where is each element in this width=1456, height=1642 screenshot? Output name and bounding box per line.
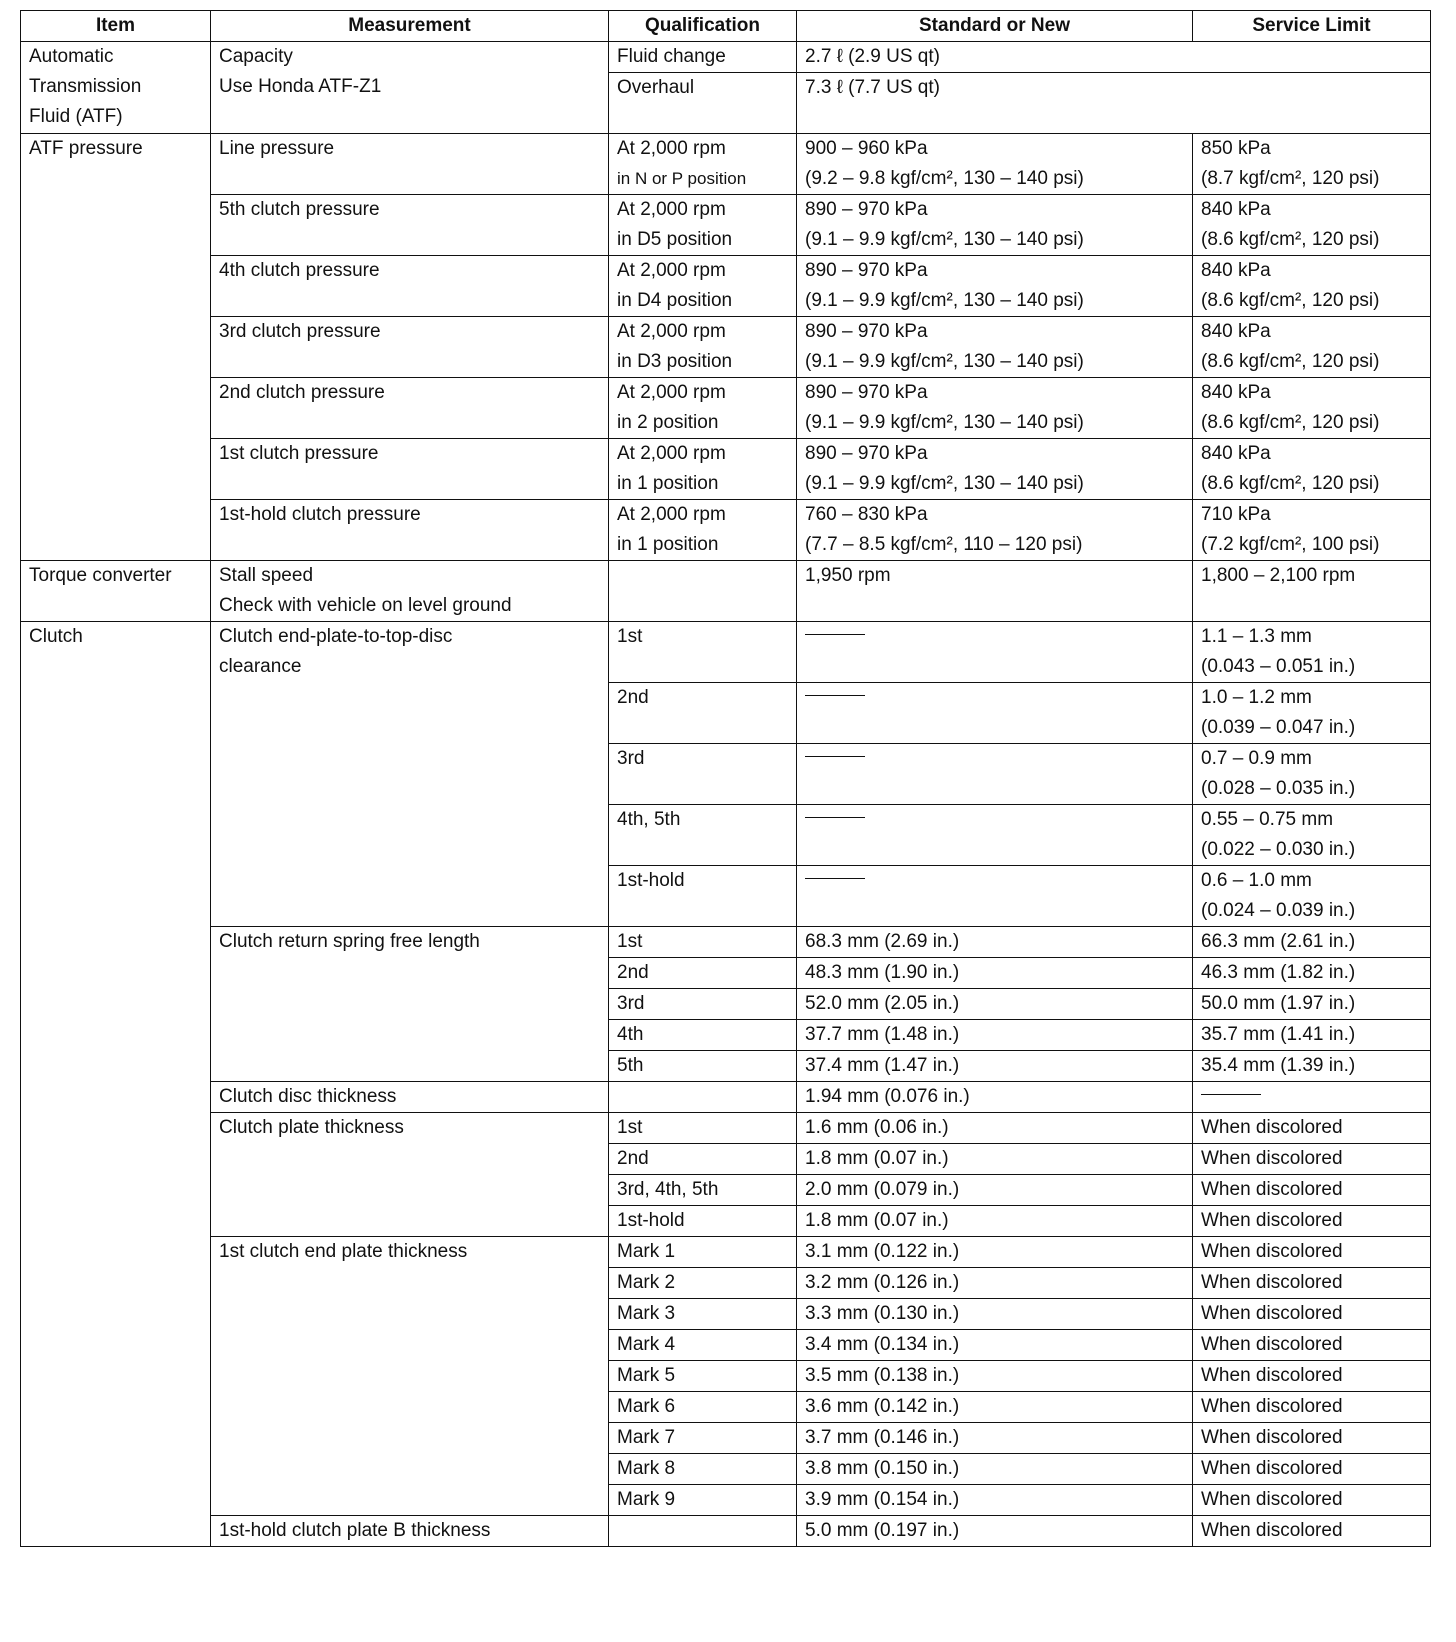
service-limit-cell: When discolored: [1193, 1392, 1431, 1423]
standard-value-text: 5.0 mm (0.197 in.): [805, 1516, 1184, 1546]
service-limit-text: (0.024 – 0.039 in.): [1201, 896, 1422, 926]
qualification-cell: Overhaul: [609, 73, 797, 134]
service-limit-cell: 850 kPa(8.7 kgf/cm², 120 psi): [1193, 134, 1431, 195]
qualification-text: Overhaul: [617, 73, 788, 103]
standard-value-text: (9.1 – 9.9 kgf/cm², 130 – 140 psi): [805, 347, 1184, 377]
qualification-text: 3rd: [617, 989, 788, 1019]
standard-value-text: 890 – 970 kPa: [805, 317, 1184, 347]
measurement-cell: Clutch return spring free length: [211, 927, 609, 1082]
standard-value-text: 1.8 mm (0.07 in.): [805, 1206, 1184, 1236]
qualification-cell: Mark 2: [609, 1268, 797, 1299]
service-limit-cell: 46.3 mm (1.82 in.): [1193, 958, 1431, 989]
qualification-cell: At 2,000 rpmin 1 position: [609, 500, 797, 561]
qualification-text: At 2,000 rpm: [617, 439, 788, 469]
not-applicable-dash: [805, 695, 865, 696]
service-limit-cell: 1.0 – 1.2 mm(0.039 – 0.047 in.): [1193, 683, 1431, 744]
service-limit-text: When discolored: [1201, 1237, 1422, 1267]
table-row: ATF pressureLine pressureAt 2,000 rpmin …: [21, 134, 1431, 195]
qualification-text: Mark 3: [617, 1299, 788, 1329]
qualification-cell: 2nd: [609, 683, 797, 744]
table-row: 1st-hold clutch pressureAt 2,000 rpmin 1…: [21, 500, 1431, 561]
qualification-text: At 2,000 rpm: [617, 134, 788, 164]
service-limit-text: 35.7 mm (1.41 in.): [1201, 1020, 1422, 1050]
service-limit-cell: When discolored: [1193, 1516, 1431, 1547]
qualification-cell: 5th: [609, 1051, 797, 1082]
service-limit-cell: When discolored: [1193, 1299, 1431, 1330]
standard-value-cell: 52.0 mm (2.05 in.): [797, 989, 1193, 1020]
service-limit-cell: 840 kPa(8.6 kgf/cm², 120 psi): [1193, 317, 1431, 378]
qualification-text: in D4 position: [617, 286, 788, 316]
qualification-cell: Fluid change: [609, 42, 797, 73]
service-limit-cell: 0.6 – 1.0 mm(0.024 – 0.039 in.): [1193, 866, 1431, 927]
standard-value-text: 3.3 mm (0.130 in.): [805, 1299, 1184, 1329]
standard-value-cell: 37.4 mm (1.47 in.): [797, 1051, 1193, 1082]
service-limit-text: 1,800 – 2,100 rpm: [1201, 561, 1422, 591]
qualification-cell: 1st-hold: [609, 1206, 797, 1237]
table-row: 2nd clutch pressureAt 2,000 rpmin 2 posi…: [21, 378, 1431, 439]
service-limit-cell: 0.55 – 0.75 mm(0.022 – 0.030 in.): [1193, 805, 1431, 866]
qualification-text: Fluid change: [617, 42, 788, 72]
standard-value-text: [805, 103, 1422, 133]
service-limit-cell: 35.4 mm (1.39 in.): [1193, 1051, 1431, 1082]
table-row: Clutch disc thickness1.94 mm (0.076 in.): [21, 1082, 1431, 1113]
qualification-text: in D5 position: [617, 225, 788, 255]
qualification-text: 1st-hold: [617, 866, 788, 896]
standard-value-cell: 1.8 mm (0.07 in.): [797, 1206, 1193, 1237]
qualification-text: At 2,000 rpm: [617, 195, 788, 225]
standard-value-cell: 1.6 mm (0.06 in.): [797, 1113, 1193, 1144]
service-limit-text: 840 kPa: [1201, 378, 1422, 408]
measurement-text: 1st clutch end plate thickness: [219, 1237, 600, 1267]
standard-value-text: (7.7 – 8.5 kgf/cm², 110 – 120 psi): [805, 530, 1184, 560]
measurement-cell: 2nd clutch pressure: [211, 378, 609, 439]
service-limit-text: (8.7 kgf/cm², 120 psi): [1201, 164, 1422, 194]
standard-value-text: 68.3 mm (2.69 in.): [805, 927, 1184, 957]
measurement-cell: 1st-hold clutch plate B thickness: [211, 1516, 609, 1547]
service-limit-text: (8.6 kgf/cm², 120 psi): [1201, 408, 1422, 438]
service-limit-text: 0.6 – 1.0 mm: [1201, 866, 1422, 896]
standard-value-cell: 1,950 rpm: [797, 561, 1193, 622]
not-applicable-dash: [1201, 1094, 1261, 1095]
standard-value-text: 3.8 mm (0.150 in.): [805, 1454, 1184, 1484]
service-limit-text: 50.0 mm (1.97 in.): [1201, 989, 1422, 1019]
qualification-text: At 2,000 rpm: [617, 317, 788, 347]
measurement-text: 1st-hold clutch plate B thickness: [219, 1516, 600, 1546]
standard-value-cell: 3.2 mm (0.126 in.): [797, 1268, 1193, 1299]
qualification-text: Mark 8: [617, 1454, 788, 1484]
service-limit-text: When discolored: [1201, 1144, 1422, 1174]
standard-value-text: 3.1 mm (0.122 in.): [805, 1237, 1184, 1267]
qualification-cell: 2nd: [609, 958, 797, 989]
qualification-cell: At 2,000 rpmin 2 position: [609, 378, 797, 439]
item-text: Fluid (ATF): [29, 102, 202, 132]
service-limit-cell: When discolored: [1193, 1237, 1431, 1268]
standard-value-text: 3.5 mm (0.138 in.): [805, 1361, 1184, 1391]
standard-value-text: 3.4 mm (0.134 in.): [805, 1330, 1184, 1360]
service-limit-text: When discolored: [1201, 1454, 1422, 1484]
qualification-text: Mark 1: [617, 1237, 788, 1267]
standard-value-cell: 900 – 960 kPa(9.2 – 9.8 kgf/cm², 130 – 1…: [797, 134, 1193, 195]
service-limit-text: (8.6 kgf/cm², 120 psi): [1201, 286, 1422, 316]
qualification-cell: [609, 1516, 797, 1547]
service-limit-text: When discolored: [1201, 1516, 1422, 1546]
measurement-text: clearance: [219, 652, 600, 682]
table-row: Clutch plate thickness1st1.6 mm (0.06 in…: [21, 1113, 1431, 1144]
qualification-text: in N or P position: [617, 164, 788, 194]
standard-value-cell: 3.1 mm (0.122 in.): [797, 1237, 1193, 1268]
standard-value-text: (9.1 – 9.9 kgf/cm², 130 – 140 psi): [805, 225, 1184, 255]
qualification-cell: 2nd: [609, 1144, 797, 1175]
measurement-cell: 5th clutch pressure: [211, 195, 609, 256]
standard-value-text: 890 – 970 kPa: [805, 378, 1184, 408]
standard-value-text: (9.2 – 9.8 kgf/cm², 130 – 140 psi): [805, 164, 1184, 194]
standard-value-text: 3.7 mm (0.146 in.): [805, 1423, 1184, 1453]
service-limit-text: When discolored: [1201, 1175, 1422, 1205]
measurement-cell: 1st clutch pressure: [211, 439, 609, 500]
measurement-text: 2nd clutch pressure: [219, 378, 600, 408]
qualification-text: At 2,000 rpm: [617, 256, 788, 286]
measurement-text: Use Honda ATF-Z1: [219, 72, 600, 102]
standard-value-cell: 48.3 mm (1.90 in.): [797, 958, 1193, 989]
standard-value-cell: 890 – 970 kPa(9.1 – 9.9 kgf/cm², 130 – 1…: [797, 195, 1193, 256]
measurement-text: Check with vehicle on level ground: [219, 591, 600, 621]
qualification-cell: Mark 5: [609, 1361, 797, 1392]
service-limit-cell: When discolored: [1193, 1113, 1431, 1144]
standard-value-text: 37.7 mm (1.48 in.): [805, 1020, 1184, 1050]
service-limit-text: 840 kPa: [1201, 317, 1422, 347]
measurement-cell: Stall speedCheck with vehicle on level g…: [211, 561, 609, 622]
service-limit-text: When discolored: [1201, 1361, 1422, 1391]
standard-value-cell: 5.0 mm (0.197 in.): [797, 1516, 1193, 1547]
qualification-cell: [609, 1082, 797, 1113]
standard-value-cell: [797, 744, 1193, 805]
standard-value-text: 900 – 960 kPa: [805, 134, 1184, 164]
measurement-cell: CapacityUse Honda ATF-Z1: [211, 42, 609, 134]
measurement-text: 3rd clutch pressure: [219, 317, 600, 347]
qualification-cell: Mark 7: [609, 1423, 797, 1454]
standard-value-cell: 890 – 970 kPa(9.1 – 9.9 kgf/cm², 130 – 1…: [797, 439, 1193, 500]
standard-value-cell: [797, 622, 1193, 683]
table-row: 3rd clutch pressureAt 2,000 rpmin D3 pos…: [21, 317, 1431, 378]
service-limit-text: (8.6 kgf/cm², 120 psi): [1201, 347, 1422, 377]
qualification-text: Mark 9: [617, 1485, 788, 1515]
standard-value-cell: 68.3 mm (2.69 in.): [797, 927, 1193, 958]
service-limit-text: 0.55 – 0.75 mm: [1201, 805, 1422, 835]
table-row: 4th clutch pressureAt 2,000 rpmin D4 pos…: [21, 256, 1431, 317]
header-item: Item: [21, 11, 211, 42]
table-header-row: Item Measurement Qualification Standard …: [21, 11, 1431, 42]
service-limit-text: When discolored: [1201, 1392, 1422, 1422]
qualification-cell: Mark 4: [609, 1330, 797, 1361]
item-text: Automatic: [29, 42, 202, 72]
table-row: 1st clutch pressureAt 2,000 rpmin 1 posi…: [21, 439, 1431, 500]
standard-value-text: 1,950 rpm: [805, 561, 1184, 591]
qualification-text: 1st: [617, 622, 788, 652]
standard-value-text: 890 – 970 kPa: [805, 439, 1184, 469]
standard-value-text: 2.7 ℓ (2.9 US qt): [805, 42, 1422, 72]
measurement-cell: Line pressure: [211, 134, 609, 195]
standard-value-text: 1.8 mm (0.07 in.): [805, 1144, 1184, 1174]
item-text: Torque converter: [29, 561, 202, 591]
specifications-table: Item Measurement Qualification Standard …: [20, 10, 1431, 1547]
service-limit-cell: 710 kPa(7.2 kgf/cm², 100 psi): [1193, 500, 1431, 561]
qualification-cell: 1st: [609, 622, 797, 683]
item-text: Clutch: [29, 622, 202, 652]
service-limit-cell: When discolored: [1193, 1268, 1431, 1299]
qualification-cell: At 2,000 rpmin N or P position: [609, 134, 797, 195]
qualification-cell: At 2,000 rpmin D3 position: [609, 317, 797, 378]
measurement-cell: 3rd clutch pressure: [211, 317, 609, 378]
standard-value-cell: 2.7 ℓ (2.9 US qt): [797, 42, 1431, 73]
item-text: Transmission: [29, 72, 202, 102]
service-limit-cell: 840 kPa(8.6 kgf/cm², 120 psi): [1193, 256, 1431, 317]
qualification-cell: 1st: [609, 1113, 797, 1144]
standard-value-cell: 3.7 mm (0.146 in.): [797, 1423, 1193, 1454]
service-limit-text: When discolored: [1201, 1423, 1422, 1453]
qualification-text: in 1 position: [617, 469, 788, 499]
standard-value-text: 1.94 mm (0.076 in.): [805, 1082, 1184, 1112]
measurement-text: Clutch return spring free length: [219, 927, 600, 957]
service-limit-cell: 35.7 mm (1.41 in.): [1193, 1020, 1431, 1051]
measurement-text: Clutch disc thickness: [219, 1082, 600, 1112]
service-limit-cell: When discolored: [1193, 1206, 1431, 1237]
qualification-cell: Mark 9: [609, 1485, 797, 1516]
qualification-cell: 3rd: [609, 744, 797, 805]
qualification-text: 3rd, 4th, 5th: [617, 1175, 788, 1205]
service-limit-text: When discolored: [1201, 1113, 1422, 1143]
qualification-cell: At 2,000 rpmin 1 position: [609, 439, 797, 500]
item-cell: Torque converter: [21, 561, 211, 622]
measurement-text: Capacity: [219, 42, 600, 72]
table-row: AutomaticTransmissionFluid (ATF)Capacity…: [21, 42, 1431, 73]
qualification-text: 1st-hold: [617, 1206, 788, 1236]
service-limit-cell: 840 kPa(8.6 kgf/cm², 120 psi): [1193, 195, 1431, 256]
table-row: 1st clutch end plate thicknessMark 13.1 …: [21, 1237, 1431, 1268]
header-qualification: Qualification: [609, 11, 797, 42]
qualification-cell: Mark 1: [609, 1237, 797, 1268]
standard-value-cell: 37.7 mm (1.48 in.): [797, 1020, 1193, 1051]
measurement-text: 1st clutch pressure: [219, 439, 600, 469]
service-limit-text: 840 kPa: [1201, 439, 1422, 469]
service-limit-text: When discolored: [1201, 1206, 1422, 1236]
service-limit-text: 46.3 mm (1.82 in.): [1201, 958, 1422, 988]
qualification-text: 4th: [617, 1020, 788, 1050]
qualification-text: 5th: [617, 1051, 788, 1081]
measurement-text: Stall speed: [219, 561, 600, 591]
standard-value-cell: 1.94 mm (0.076 in.): [797, 1082, 1193, 1113]
service-limit-cell: 1,800 – 2,100 rpm: [1193, 561, 1431, 622]
service-limit-text: When discolored: [1201, 1268, 1422, 1298]
standard-value-cell: 3.5 mm (0.138 in.): [797, 1361, 1193, 1392]
standard-value-cell: 3.8 mm (0.150 in.): [797, 1454, 1193, 1485]
standard-value-text: 2.0 mm (0.079 in.): [805, 1175, 1184, 1205]
table-row: 1st-hold clutch plate B thickness5.0 mm …: [21, 1516, 1431, 1547]
header-standard-or-new: Standard or New: [797, 11, 1193, 42]
standard-value-text: 52.0 mm (2.05 in.): [805, 989, 1184, 1019]
service-limit-cell: 0.7 – 0.9 mm(0.028 – 0.035 in.): [1193, 744, 1431, 805]
not-applicable-dash: [805, 878, 865, 879]
qualification-cell: [609, 561, 797, 622]
service-limit-text: When discolored: [1201, 1299, 1422, 1329]
measurement-cell: 4th clutch pressure: [211, 256, 609, 317]
standard-value-cell: 3.9 mm (0.154 in.): [797, 1485, 1193, 1516]
qualification-text: 4th, 5th: [617, 805, 788, 835]
standard-value-text: 760 – 830 kPa: [805, 500, 1184, 530]
item-cell: AutomaticTransmissionFluid (ATF): [21, 42, 211, 134]
qualification-cell: Mark 8: [609, 1454, 797, 1485]
qualification-cell: 1st-hold: [609, 866, 797, 927]
measurement-cell: 1st-hold clutch pressure: [211, 500, 609, 561]
service-limit-cell: When discolored: [1193, 1454, 1431, 1485]
standard-value-cell: [797, 805, 1193, 866]
standard-value-text: 48.3 mm (1.90 in.): [805, 958, 1184, 988]
standard-value-cell: 890 – 970 kPa(9.1 – 9.9 kgf/cm², 130 – 1…: [797, 378, 1193, 439]
item-cell: ATF pressure: [21, 134, 211, 561]
standard-value-text: 890 – 970 kPa: [805, 256, 1184, 286]
not-applicable-dash: [805, 634, 865, 635]
standard-value-text: (9.1 – 9.9 kgf/cm², 130 – 140 psi): [805, 469, 1184, 499]
qualification-text: 3rd: [617, 744, 788, 774]
measurement-cell: Clutch plate thickness: [211, 1113, 609, 1237]
standard-value-text: 890 – 970 kPa: [805, 195, 1184, 225]
service-limit-cell: 840 kPa(8.6 kgf/cm², 120 psi): [1193, 439, 1431, 500]
qualification-text: in D3 position: [617, 347, 788, 377]
measurement-cell: Clutch disc thickness: [211, 1082, 609, 1113]
qualification-text: 2nd: [617, 958, 788, 988]
service-limit-text: 1.1 – 1.3 mm: [1201, 622, 1422, 652]
service-limit-cell: When discolored: [1193, 1144, 1431, 1175]
measurement-cell: 1st clutch end plate thickness: [211, 1237, 609, 1516]
service-limit-text: 710 kPa: [1201, 500, 1422, 530]
table-row: Clutch return spring free length1st68.3 …: [21, 927, 1431, 958]
service-limit-text: (7.2 kgf/cm², 100 psi): [1201, 530, 1422, 560]
measurement-cell: Clutch end-plate-to-top-discclearance: [211, 622, 609, 927]
service-limit-text: (0.039 – 0.047 in.): [1201, 713, 1422, 743]
service-limit-text: When discolored: [1201, 1330, 1422, 1360]
service-limit-cell: 840 kPa(8.6 kgf/cm², 120 psi): [1193, 378, 1431, 439]
standard-value-text: 3.9 mm (0.154 in.): [805, 1485, 1184, 1515]
standard-value-cell: 1.8 mm (0.07 in.): [797, 1144, 1193, 1175]
header-measurement: Measurement: [211, 11, 609, 42]
qualification-text: At 2,000 rpm: [617, 500, 788, 530]
service-limit-text: (0.022 – 0.030 in.): [1201, 835, 1422, 865]
service-limit-cell: 50.0 mm (1.97 in.): [1193, 989, 1431, 1020]
qualification-cell: 4th, 5th: [609, 805, 797, 866]
service-limit-text: 1.0 – 1.2 mm: [1201, 683, 1422, 713]
qualification-text: Mark 6: [617, 1392, 788, 1422]
service-limit-text: 840 kPa: [1201, 195, 1422, 225]
service-limit-cell: When discolored: [1193, 1485, 1431, 1516]
standard-value-cell: [797, 683, 1193, 744]
measurement-text: Line pressure: [219, 134, 600, 164]
standard-value-text: 3.2 mm (0.126 in.): [805, 1268, 1184, 1298]
qualification-cell: 1st: [609, 927, 797, 958]
standard-value-cell: 890 – 970 kPa(9.1 – 9.9 kgf/cm², 130 – 1…: [797, 317, 1193, 378]
service-limit-text: 850 kPa: [1201, 134, 1422, 164]
item-text: ATF pressure: [29, 134, 202, 164]
measurement-text: 4th clutch pressure: [219, 256, 600, 286]
standard-value-cell: [797, 866, 1193, 927]
standard-value-cell: 760 – 830 kPa(7.7 – 8.5 kgf/cm², 110 – 1…: [797, 500, 1193, 561]
service-limit-cell: 1.1 – 1.3 mm(0.043 – 0.051 in.): [1193, 622, 1431, 683]
item-cell: Clutch: [21, 622, 211, 1547]
qualification-cell: Mark 6: [609, 1392, 797, 1423]
service-limit-text: (8.6 kgf/cm², 120 psi): [1201, 469, 1422, 499]
service-limit-cell: 66.3 mm (2.61 in.): [1193, 927, 1431, 958]
service-limit-cell: When discolored: [1193, 1175, 1431, 1206]
service-limit-cell: When discolored: [1193, 1423, 1431, 1454]
header-service-limit: Service Limit: [1193, 11, 1431, 42]
measurement-text: Clutch end-plate-to-top-disc: [219, 622, 600, 652]
qualification-cell: At 2,000 rpmin D5 position: [609, 195, 797, 256]
service-limit-text: 0.7 – 0.9 mm: [1201, 744, 1422, 774]
qualification-cell: 3rd, 4th, 5th: [609, 1175, 797, 1206]
qualification-text: in 1 position: [617, 530, 788, 560]
service-limit-text: (0.043 – 0.051 in.): [1201, 652, 1422, 682]
service-limit-text: 35.4 mm (1.39 in.): [1201, 1051, 1422, 1081]
standard-value-text: 1.6 mm (0.06 in.): [805, 1113, 1184, 1143]
standard-value-cell: 2.0 mm (0.079 in.): [797, 1175, 1193, 1206]
qualification-text: Mark 2: [617, 1268, 788, 1298]
service-limit-cell: When discolored: [1193, 1361, 1431, 1392]
measurement-text: Clutch plate thickness: [219, 1113, 600, 1143]
qualification-cell: At 2,000 rpmin D4 position: [609, 256, 797, 317]
standard-value-text: 7.3 ℓ (7.7 US qt): [805, 73, 1422, 103]
standard-value-text: (9.1 – 9.9 kgf/cm², 130 – 140 psi): [805, 286, 1184, 316]
standard-value-text: (9.1 – 9.9 kgf/cm², 130 – 140 psi): [805, 408, 1184, 438]
qualification-text: 1st: [617, 927, 788, 957]
table-row: 5th clutch pressureAt 2,000 rpmin D5 pos…: [21, 195, 1431, 256]
service-limit-text: (0.028 – 0.035 in.): [1201, 774, 1422, 804]
standard-value-text: 37.4 mm (1.47 in.): [805, 1051, 1184, 1081]
qualification-cell: Mark 3: [609, 1299, 797, 1330]
table-body: AutomaticTransmissionFluid (ATF)Capacity…: [21, 42, 1431, 1547]
standard-value-cell: 3.6 mm (0.142 in.): [797, 1392, 1193, 1423]
qualification-text: in 2 position: [617, 408, 788, 438]
standard-value-cell: 7.3 ℓ (7.7 US qt): [797, 73, 1431, 134]
service-limit-cell: When discolored: [1193, 1330, 1431, 1361]
measurement-text: 1st-hold clutch pressure: [219, 500, 600, 530]
service-limit-text: When discolored: [1201, 1485, 1422, 1515]
not-applicable-dash: [805, 756, 865, 757]
not-applicable-dash: [805, 817, 865, 818]
qualification-text: Mark 7: [617, 1423, 788, 1453]
service-limit-text: 840 kPa: [1201, 256, 1422, 286]
qualification-text: At 2,000 rpm: [617, 378, 788, 408]
standard-value-cell: 3.3 mm (0.130 in.): [797, 1299, 1193, 1330]
qualification-cell: 3rd: [609, 989, 797, 1020]
table-row: Torque converterStall speedCheck with ve…: [21, 561, 1431, 622]
standard-value-cell: 3.4 mm (0.134 in.): [797, 1330, 1193, 1361]
qualification-text: Mark 5: [617, 1361, 788, 1391]
qualification-text: Mark 4: [617, 1330, 788, 1360]
table-row: ClutchClutch end-plate-to-top-disccleara…: [21, 622, 1431, 683]
qualification-text: 2nd: [617, 683, 788, 713]
standard-value-text: 3.6 mm (0.142 in.): [805, 1392, 1184, 1422]
service-limit-cell: [1193, 1082, 1431, 1113]
qualification-text: 2nd: [617, 1144, 788, 1174]
standard-value-cell: 890 – 970 kPa(9.1 – 9.9 kgf/cm², 130 – 1…: [797, 256, 1193, 317]
qualification-text: 1st: [617, 1113, 788, 1143]
qualification-cell: 4th: [609, 1020, 797, 1051]
service-limit-text: 66.3 mm (2.61 in.): [1201, 927, 1422, 957]
measurement-text: 5th clutch pressure: [219, 195, 600, 225]
service-limit-text: (8.6 kgf/cm², 120 psi): [1201, 225, 1422, 255]
